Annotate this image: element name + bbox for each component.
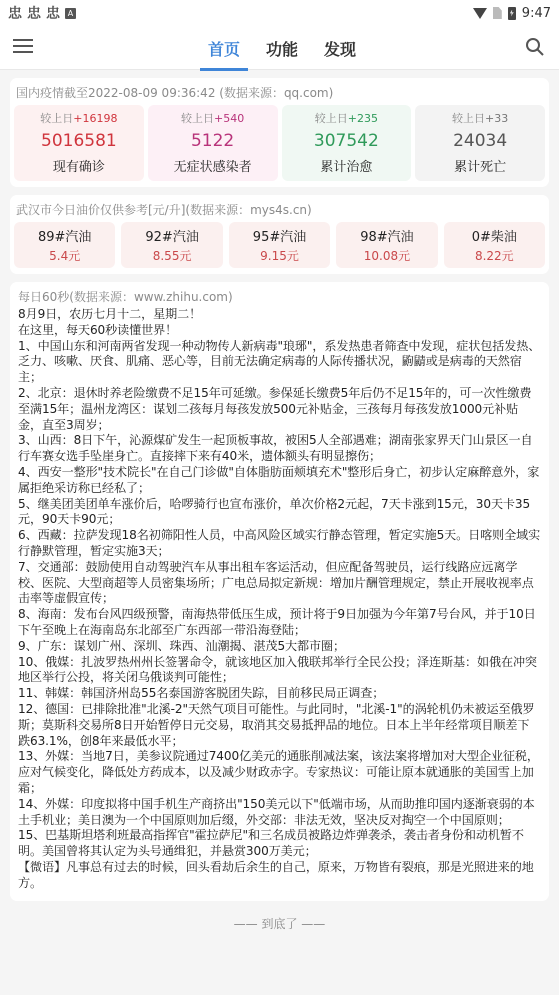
stat-value: 24034 <box>415 131 545 151</box>
oil-price: 5.4元 <box>14 247 115 264</box>
stat-label: 现有确诊 <box>14 156 144 175</box>
daily-news-card: 每日60秒(数据来源：www.zhihu.com) 8月9日，农历七月十二，星期… <box>10 282 549 901</box>
tab-home[interactable]: 首页 <box>200 26 248 70</box>
news-line: 在这里，每天60秒读懂世界！ <box>18 323 541 339</box>
bug-icon: 忠 <box>46 3 60 23</box>
epidemic-stats: 较上日+16198 5016581 现有确诊 较上日+540 5122 无症状感… <box>14 105 545 181</box>
wifi-icon <box>473 8 487 19</box>
tab-functions[interactable]: 功能 <box>258 26 306 70</box>
news-line: 【微语】凡事总有过去的时候，回头看劫后余生的自己，原来，万物皆有裂痕，那是光照进… <box>18 860 541 892</box>
battery-charging-icon <box>508 7 516 20</box>
news-line: 2、北京：退休时养老险缴费不足15年可延缴。参保延长缴费5年后仍不足15年的，可… <box>18 386 541 433</box>
news-line: 15、巴基斯坦塔利班最高指挥官"霍拉萨尼"和三名成员被路边炸弹袭杀，袭击者身份和… <box>18 828 541 860</box>
stat-delta: 较上日+235 <box>282 110 412 126</box>
main-content: 国内疫情截至2022-08-09 09:36:42 (数据来源：qq.com) … <box>0 70 559 932</box>
search-icon[interactable] <box>525 37 545 57</box>
news-body: 8月9日，农历七月十二，星期二！ 在这里，每天60秒读懂世界！ 1、中国山东和河… <box>18 307 541 891</box>
oil-price: 8.22元 <box>444 247 545 264</box>
end-of-list: —— 到底了 —— <box>10 915 549 932</box>
stat-label: 无症状感染者 <box>148 156 278 175</box>
oil-name: 95#汽油 <box>229 226 330 245</box>
oil-item-95[interactable]: 95#汽油 9.15元 <box>229 222 330 268</box>
news-line: 8月9日，农历七月十二，星期二！ <box>18 307 541 323</box>
news-line: 1、中国山东和河南两省发现一种动物传人新病毒"琅琊"，系发热患者筛查中发现，症状… <box>18 339 541 386</box>
news-line: 4、西安一整形"技术院长"在自己门诊做"自体脂肪面颊填充术"整形后身亡，初步认定… <box>18 465 541 497</box>
oil-name: 98#汽油 <box>336 226 437 245</box>
oil-item-92[interactable]: 92#汽油 8.55元 <box>121 222 222 268</box>
oil-name: 89#汽油 <box>14 226 115 245</box>
no-sim-icon <box>493 7 502 19</box>
news-title: 每日60秒(数据来源：www.zhihu.com) <box>18 288 541 305</box>
oil-price-list: 89#汽油 5.4元 92#汽油 8.55元 95#汽油 9.15元 98#汽油… <box>14 222 545 268</box>
epidemic-card: 国内疫情截至2022-08-09 09:36:42 (数据来源：qq.com) … <box>10 78 549 187</box>
epidemic-title: 国内疫情截至2022-08-09 09:36:42 (数据来源：qq.com) <box>14 84 545 105</box>
oil-item-98[interactable]: 98#汽油 10.08元 <box>336 222 437 268</box>
oil-price: 10.08元 <box>336 247 437 264</box>
stat-asymptomatic[interactable]: 较上日+540 5122 无症状感染者 <box>148 105 278 181</box>
status-right-icons: 9:47 <box>473 6 551 21</box>
oil-name: 92#汽油 <box>121 226 222 245</box>
hamburger-menu-icon[interactable] <box>13 39 33 53</box>
oil-item-89[interactable]: 89#汽油 5.4元 <box>14 222 115 268</box>
stat-delta: 较上日+16198 <box>14 110 144 126</box>
stat-label: 累计死亡 <box>415 156 545 175</box>
app-bar: 首页 功能 发现 <box>0 26 559 70</box>
stat-cured[interactable]: 较上日+235 307542 累计治愈 <box>282 105 412 181</box>
oil-price: 8.55元 <box>121 247 222 264</box>
stat-delta: 较上日+33 <box>415 110 545 126</box>
news-line: 7、交通部：鼓励使用自动驾驶汽车从事出租车客运活动，但应配备驾驶员，运行线路应远… <box>18 560 541 607</box>
stat-delta: 较上日+540 <box>148 110 278 126</box>
news-line: 11、韩媒：韩国济州岛55名泰国游客脱团失踪，目前移民局正调查； <box>18 686 541 702</box>
top-tabs: 首页 功能 发现 <box>200 26 374 70</box>
tab-discover[interactable]: 发现 <box>316 26 364 70</box>
news-line: 10、俄媒：扎波罗热州州长签署命令，就该地区加入俄联邦举行全民公投；泽连斯基：如… <box>18 655 541 687</box>
bug-icon: 忠 <box>8 3 22 23</box>
news-line: 8、海南：发布台风四级预警，南海热带低压生成，预计将于9日加强为今年第7号台风，… <box>18 607 541 639</box>
stat-label: 累计治愈 <box>282 156 412 175</box>
news-line: 3、山西：8日下午，沁源煤矿发生一起顶板事故，被困5人全部遇难；湖南张家界天门山… <box>18 433 541 465</box>
oil-price: 9.15元 <box>229 247 330 264</box>
oil-name: 0#柴油 <box>444 226 545 245</box>
bug-icon: 忠 <box>27 3 41 23</box>
news-line: 14、外媒：印度拟将中国手机生产商挤出"150美元以下"低端市场，从而助推印国内… <box>18 797 541 829</box>
oil-price-title: 武汉市今日油价仅供参考[元/升](数据来源：mys4s.cn) <box>14 201 545 222</box>
a-badge-icon: A <box>65 8 76 19</box>
oil-item-diesel[interactable]: 0#柴油 8.22元 <box>444 222 545 268</box>
news-line: 9、广东：谋划广州、深圳、珠西、汕潮揭、湛茂5大都市圈； <box>18 639 541 655</box>
news-line: 6、西藏：拉萨发现18名初筛阳性人员，中高风险区域实行静态管理，暂定实施5天。日… <box>18 528 541 560</box>
stat-current-confirmed[interactable]: 较上日+16198 5016581 现有确诊 <box>14 105 144 181</box>
news-line: 13、外媒：当地7日，美参议院通过7400亿美元的通胀削减法案，该法案将增加对大… <box>18 749 541 796</box>
status-bar: 忠 忠 忠 A 9:47 <box>0 0 559 26</box>
stat-value: 307542 <box>282 131 412 151</box>
status-left-icons: 忠 忠 忠 A <box>8 3 76 23</box>
oil-price-card: 武汉市今日油价仅供参考[元/升](数据来源：mys4s.cn) 89#汽油 5.… <box>10 195 549 274</box>
news-line: 5、继美团美团单车涨价后，哈啰骑行也宣布涨价，单次价格2元起，7天卡涨到15元，… <box>18 497 541 529</box>
clock: 9:47 <box>522 6 551 21</box>
stat-deaths[interactable]: 较上日+33 24034 累计死亡 <box>415 105 545 181</box>
stat-value: 5122 <box>148 131 278 151</box>
news-line: 12、德国：已排除批准"北溪-2"天然气项目可能性。与此同时，"北溪-1"的涡轮… <box>18 702 541 749</box>
stat-value: 5016581 <box>14 131 144 151</box>
